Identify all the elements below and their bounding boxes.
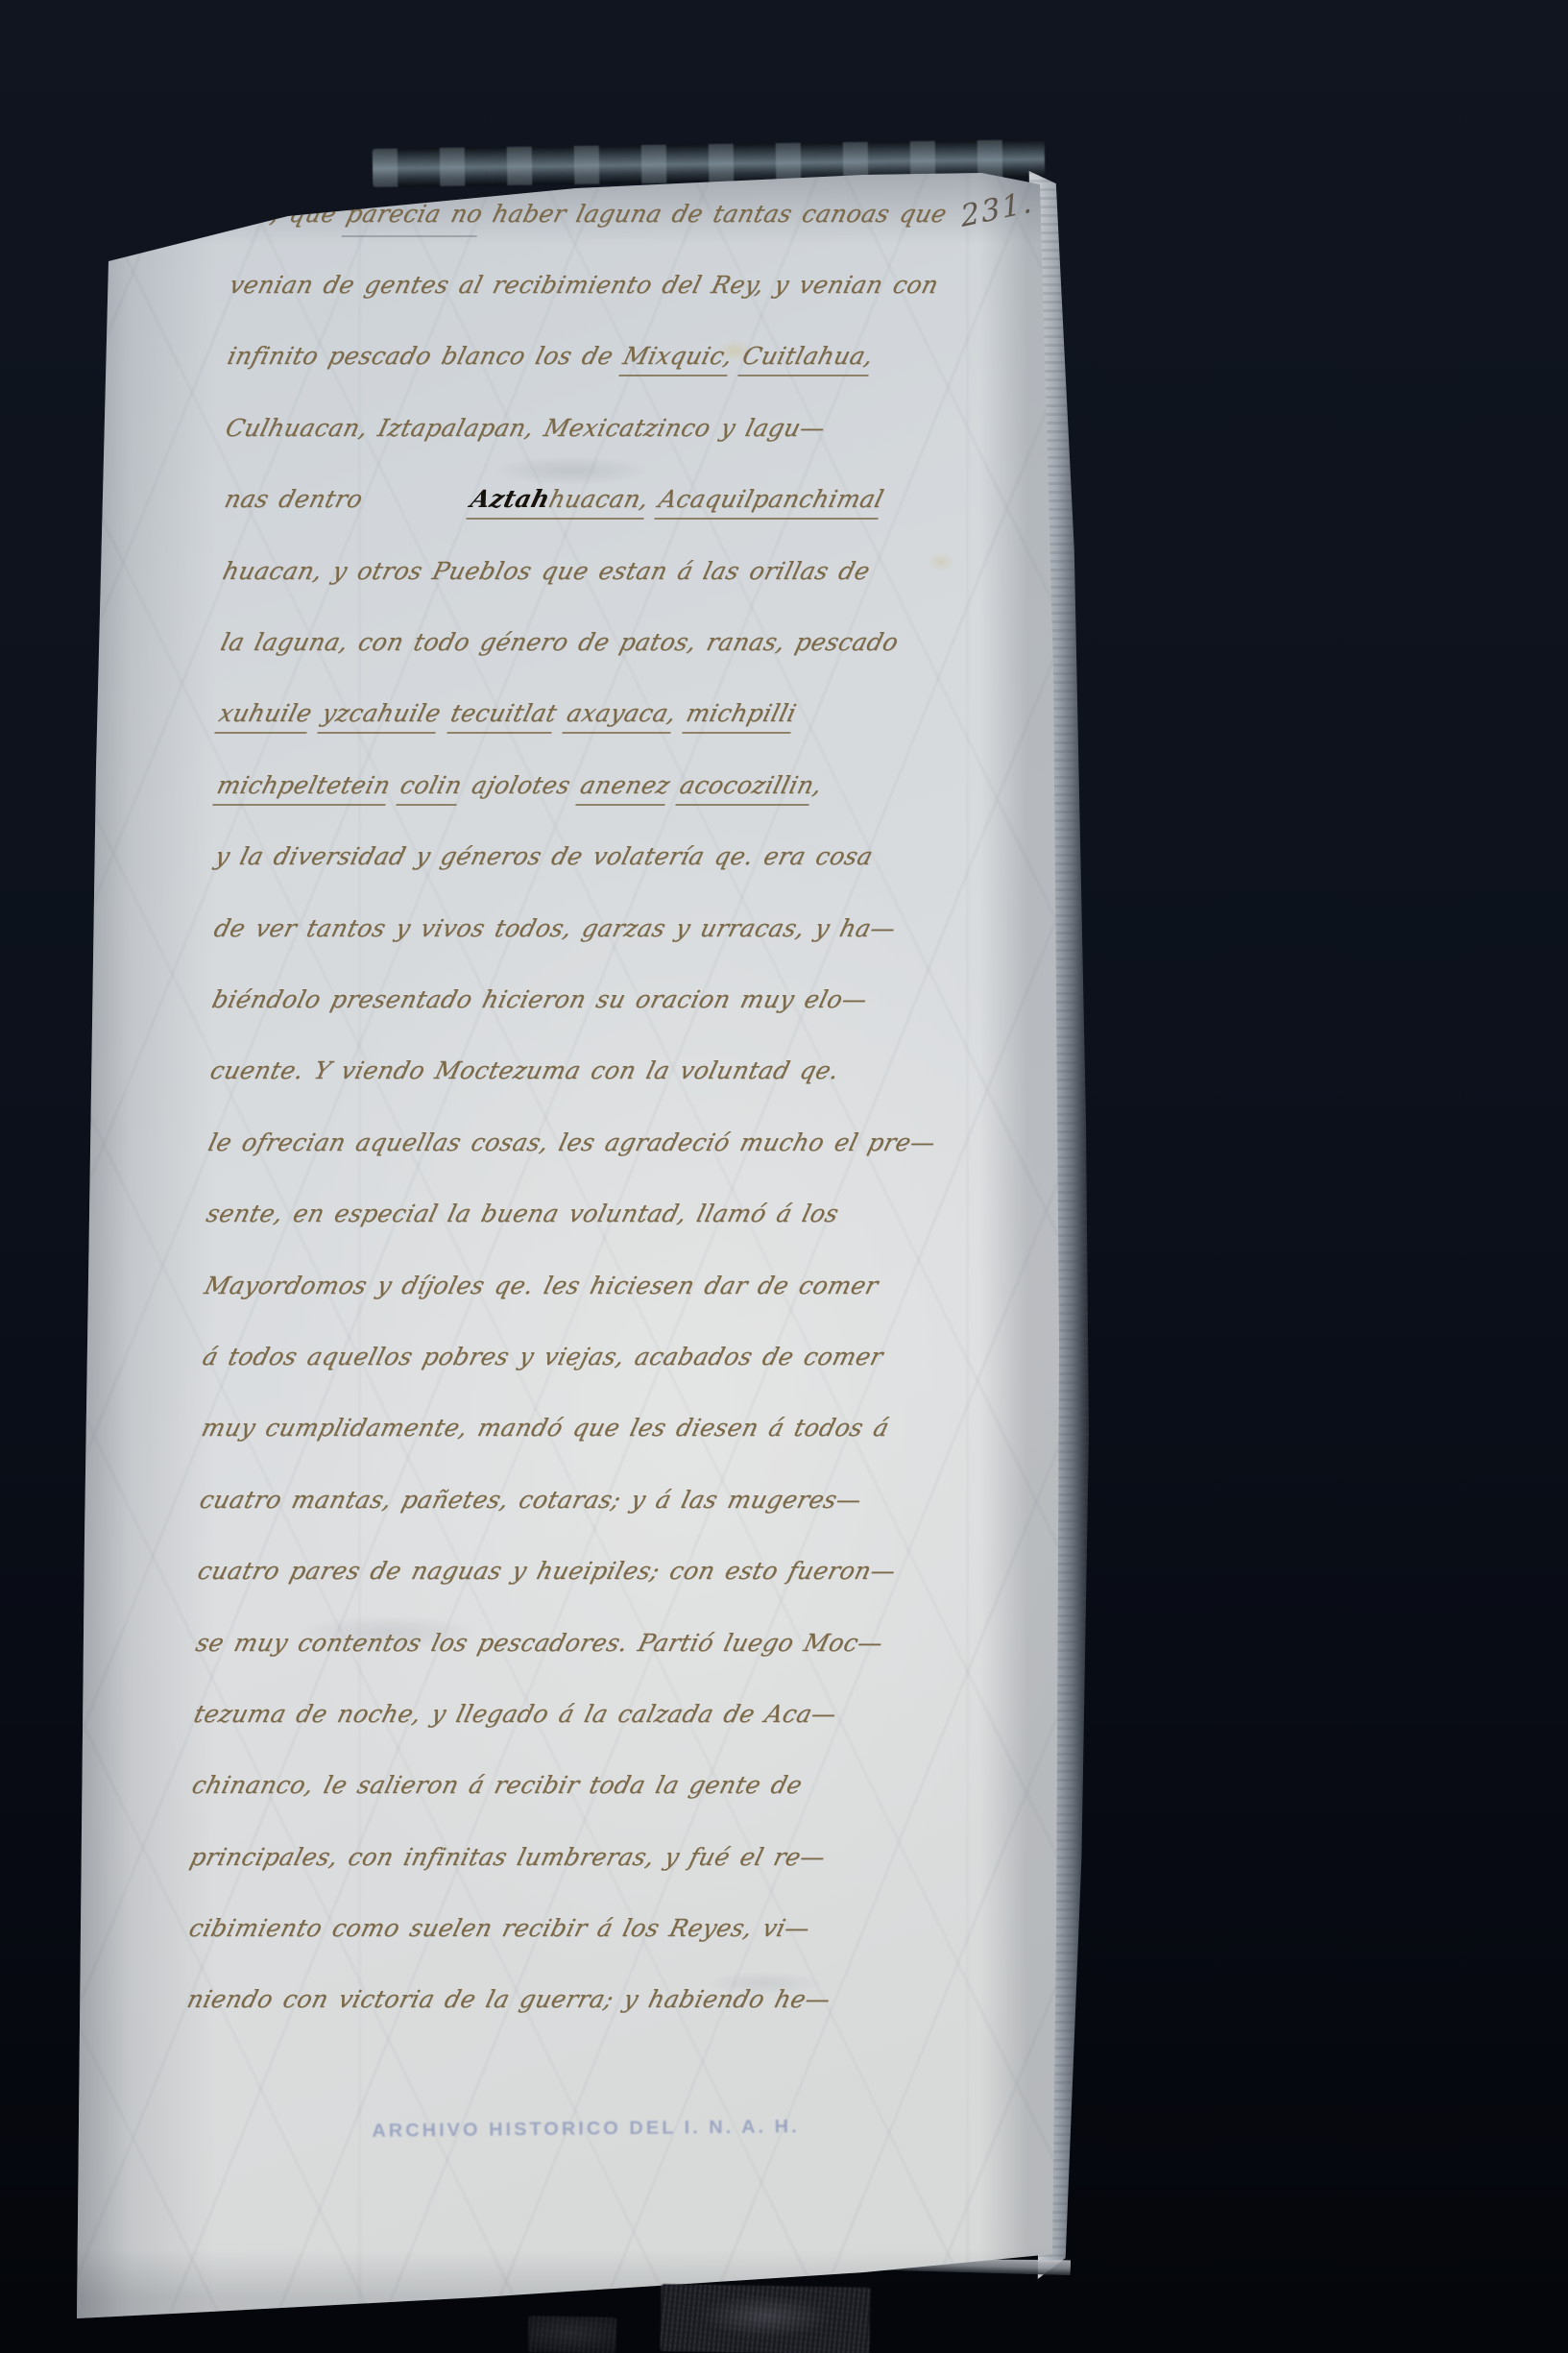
manuscript-word: Mayordomos y díjoles qe. les hiciesen da… <box>202 1272 881 1299</box>
manuscript-line-ink: cuatro mantas, pañetes, cotaras; y á las… <box>197 1486 864 1514</box>
manuscript-line: se muy contentos los pescadores. Partió … <box>72 1607 1066 1678</box>
manuscript-line: cuatro pares de naguas y hueipiles; con … <box>72 1535 1066 1606</box>
manuscript-line: res, que parecia no haber laguna de tant… <box>72 178 1066 249</box>
manuscript-line-ink: chinanco, le salieron á recibir toda la … <box>189 1771 806 1799</box>
manuscript-line-ink: Culhuacan, Iztapalapan, Mexicatzinco y l… <box>223 414 829 442</box>
manuscript-word: haber laguna de tantas canoas que <box>479 200 951 228</box>
manuscript-word: le ofrecian aquellas cosas, les agradeci… <box>205 1128 938 1156</box>
manuscript-word: tezuma de noche, y llegado á la calzada … <box>191 1700 839 1728</box>
fabric-band <box>660 2284 870 2353</box>
manuscript-word: de ver tantos y vivos todos, garzas y ur… <box>211 914 899 942</box>
manuscript-line-ink: nas dentro Aztahhuacan, Acaquilpanchimal <box>222 485 886 513</box>
manuscript-line-ink: niendo con victoria de la guerra; y habi… <box>184 1985 833 2013</box>
manuscript-word: á todos aquellos pobres y viejas, acabad… <box>200 1343 886 1371</box>
manuscript-line: infinito pescado blanco los de Mixquic, … <box>72 321 1066 392</box>
manuscript-word: Acaquilpanchimal <box>654 485 886 520</box>
manuscript-word: acocozillin <box>676 771 818 806</box>
manuscript-line-ink: le ofrecian aquellas cosas, les agradeci… <box>205 1128 938 1156</box>
manuscript-line-ink: michpeltetein colin ajolotes anenez acoc… <box>214 771 825 799</box>
manuscript-word: niendo con victoria de la guerra; y habi… <box>184 1985 833 2013</box>
manuscript-line-ink: xuhuile yzcahuile tecuitlat axayaca, mic… <box>216 699 799 727</box>
manuscript-line: la laguna, con todo género de patos, ran… <box>72 606 1066 677</box>
fabric-band-fragment <box>528 2316 617 2353</box>
manuscript-line: huacan, y otros Pueblos que estan á las … <box>72 535 1066 606</box>
manuscript-line-ink: infinito pescado blanco los de Mixquic, … <box>225 342 877 370</box>
manuscript-word: michpeltetein <box>212 771 394 806</box>
manuscript-word: infinito pescado blanco los de <box>225 342 627 370</box>
manuscript-word: huacan, <box>544 485 652 520</box>
manuscript-word: cuatro pares de naguas y hueipiles; con … <box>195 1557 899 1585</box>
manuscript-word: Mixquic, <box>619 342 736 376</box>
manuscript-line-ink: principales, con infinitas lumbreras, y … <box>187 1843 829 1871</box>
manuscript-line: sente, en especial la buena voluntad, ll… <box>72 1177 1066 1249</box>
manuscript-line: Culhuacan, Iztapalapan, Mexicatzinco y l… <box>72 392 1066 463</box>
manuscript-word: cibimiento como suelen recibir á los Rey… <box>186 1914 813 1942</box>
manuscript-word: res, que <box>229 200 350 228</box>
manuscript-line-ink: sente, en especial la buena voluntad, ll… <box>204 1200 842 1227</box>
manuscript-word: sente, en especial la buena voluntad, ll… <box>204 1200 842 1227</box>
manuscript-line: le ofrecian aquellas cosas, les agradeci… <box>72 1106 1066 1177</box>
archive-stamp: ARCHIVO HISTORICO DEL I. N. A. H. <box>360 2117 811 2143</box>
manuscript-line: nas dentro Aztahhuacan, Acaquilpanchimal <box>72 464 1066 535</box>
manuscript-word: michpilli <box>682 699 799 734</box>
manuscript-text: res, que parecia no haber laguna de tant… <box>72 178 1066 2035</box>
photograph: 231. res, que parecia no haber laguna de… <box>0 0 1568 2353</box>
manuscript-line-ink: y la diversidad y géneros de volatería q… <box>212 842 876 870</box>
manuscript-line: chinanco, le salieron á recibir toda la … <box>72 1750 1066 1821</box>
manuscript-line-ink: cibimiento como suelen recibir á los Rey… <box>186 1914 813 1942</box>
manuscript-line-ink: Mayordomos y díjoles qe. les hiciesen da… <box>202 1272 881 1299</box>
manuscript-line-ink: huacan, y otros Pueblos que estan á las … <box>220 557 873 585</box>
manuscript-word: Aztah <box>466 485 553 520</box>
manuscript-word: principales, con infinitas lumbreras, y … <box>187 1843 829 1871</box>
manuscript-line-ink: venian de gentes al recibimiento del Rey… <box>227 271 942 299</box>
manuscript-line: cibimiento como suelen recibir á los Rey… <box>72 1892 1066 1963</box>
manuscript-word: tecuitlat <box>446 699 561 734</box>
manuscript-word: Cuitlahua, <box>738 342 877 376</box>
manuscript-word: la laguna, con todo género de patos, ran… <box>218 628 902 656</box>
manuscript-line-ink: la laguna, con todo género de patos, ran… <box>218 628 902 656</box>
manuscript-line: Mayordomos y díjoles qe. les hiciesen da… <box>72 1249 1066 1321</box>
manuscript-line: cuatro mantas, pañetes, cotaras; y á las… <box>72 1464 1066 1535</box>
manuscript-word: y la diversidad y géneros de volatería q… <box>212 842 876 870</box>
manuscript-word: colin <box>396 771 465 806</box>
manuscript-line: biéndolo presentado hicieron su oracion … <box>72 963 1066 1034</box>
manuscript-word: nas dentro <box>222 485 474 513</box>
manuscript-line-ink: biéndolo presentado hicieron su oracion … <box>209 985 870 1013</box>
manuscript-word: biéndolo presentado hicieron su oracion … <box>209 985 870 1013</box>
manuscript-word: cuatro mantas, pañetes, cotaras; y á las… <box>197 1486 864 1514</box>
manuscript-line: niendo con victoria de la guerra; y habi… <box>72 1964 1066 2035</box>
manuscript-word: xuhuile <box>214 699 315 734</box>
manuscript-word: yzcahuile <box>318 699 445 734</box>
manuscript-word: se muy contentos los pescadores. Partió … <box>193 1629 886 1657</box>
manuscript-line: cuente. Y viendo Moctezuma con la volunt… <box>72 1035 1066 1106</box>
manuscript-word: ajolotes <box>458 771 585 799</box>
manuscript-word: Culhuacan, Iztapalapan, Mexicatzinco y l… <box>223 414 829 442</box>
manuscript-word: venian de gentes al recibimiento del Rey… <box>227 271 942 299</box>
manuscript-line-ink: tezuma de noche, y llegado á la calzada … <box>191 1700 839 1728</box>
manuscript-word: anenez <box>576 771 673 806</box>
manuscript-line: á todos aquellos pobres y viejas, acabad… <box>72 1321 1066 1392</box>
manuscript-word: huacan, y otros Pueblos que estan á las … <box>220 557 873 585</box>
manuscript-word: chinanco, le salieron á recibir toda la … <box>189 1771 806 1799</box>
manuscript-word: muy cumplidamente, mandó que les diesen … <box>199 1414 892 1442</box>
manuscript-line: de ver tantos y vivos todos, garzas y ur… <box>72 892 1066 963</box>
manuscript-line-ink: cuente. Y viendo Moctezuma con la volunt… <box>207 1056 842 1084</box>
manuscript-line: michpeltetein colin ajolotes anenez acoc… <box>72 749 1066 820</box>
manuscript-line: y la diversidad y géneros de volatería q… <box>72 821 1066 892</box>
manuscript-line: muy cumplidamente, mandó que les diesen … <box>72 1393 1066 1464</box>
manuscript-page: 231. res, que parecia no haber laguna de… <box>72 154 1066 2326</box>
manuscript-line: tezuma de noche, y llegado á la calzada … <box>72 1678 1066 1749</box>
manuscript-line: venian de gentes al recibimiento del Rey… <box>72 249 1066 320</box>
manuscript-line-ink: muy cumplidamente, mandó que les diesen … <box>199 1414 892 1442</box>
manuscript-line-ink: de ver tantos y vivos todos, garzas y ur… <box>211 914 899 942</box>
manuscript-word: parecia no <box>341 200 485 237</box>
manuscript-word: cuente. Y viendo Moctezuma con la volunt… <box>207 1056 842 1084</box>
manuscript-word: axayaca, <box>563 699 680 734</box>
manuscript-line-ink: cuatro pares de naguas y hueipiles; con … <box>195 1557 899 1585</box>
manuscript-line: xuhuile yzcahuile tecuitlat axayaca, mic… <box>72 678 1066 749</box>
manuscript-line-ink: se muy contentos los pescadores. Partió … <box>193 1629 886 1657</box>
manuscript-line-ink: res, que parecia no haber laguna de tant… <box>229 200 950 228</box>
manuscript-line: principales, con infinitas lumbreras, y … <box>72 1821 1066 1892</box>
manuscript-line-ink: á todos aquellos pobres y viejas, acabad… <box>200 1343 886 1371</box>
